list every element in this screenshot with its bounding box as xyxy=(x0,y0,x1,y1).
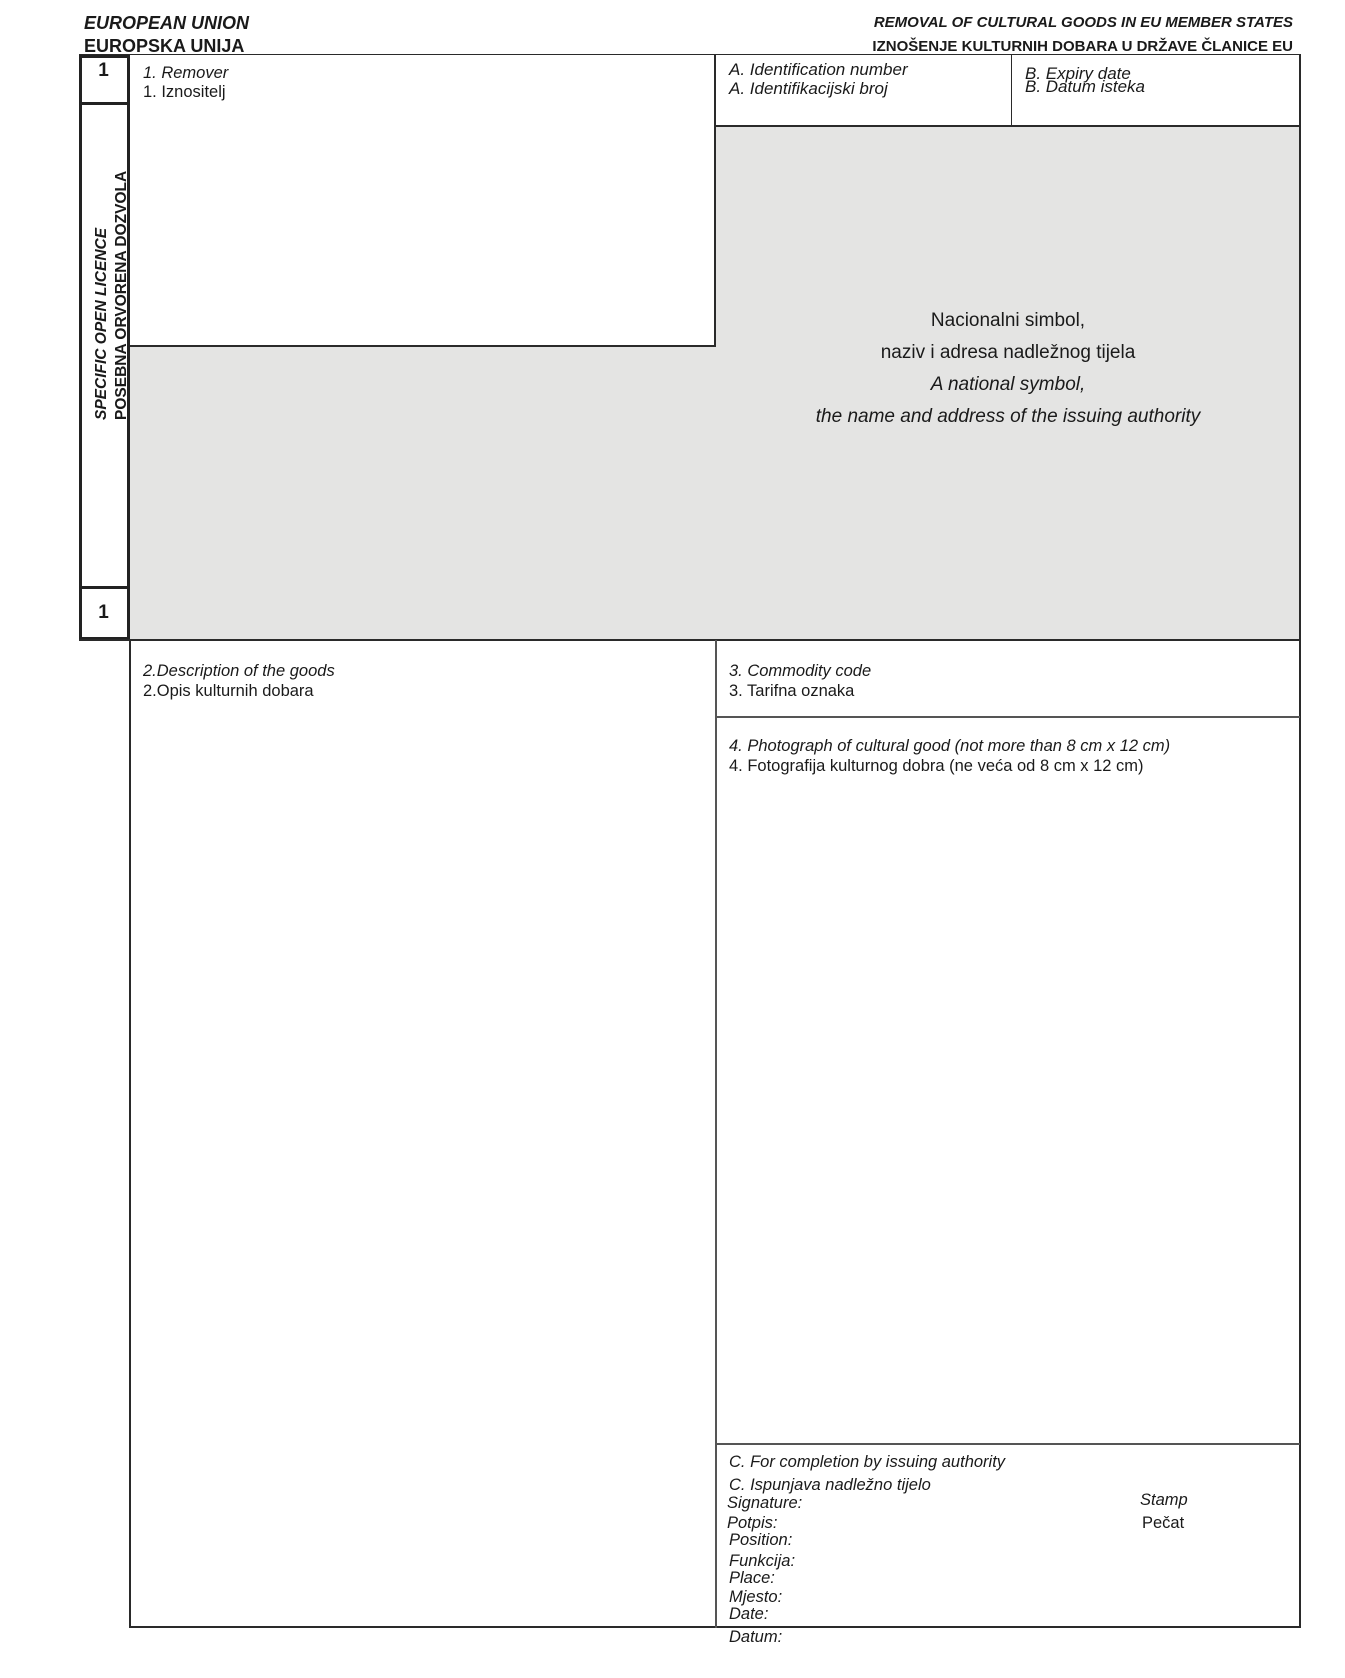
copy-number-top: 1 xyxy=(79,55,128,105)
position-label-en: Position: xyxy=(729,1530,792,1550)
commodity-label-en: 3. Commodity code xyxy=(729,661,871,681)
lower-right-border xyxy=(1299,640,1301,1628)
national-symbol-text: Nacionalni simbol, naziv i adresa nadlež… xyxy=(716,305,1300,433)
symbol-line-3: A national symbol, xyxy=(716,369,1300,401)
photograph-field[interactable]: 4. Photograph of cultural good (not more… xyxy=(717,718,1299,1443)
licence-title-en: SPECIFIC OPEN LICENCE xyxy=(92,171,112,420)
remover-label-hr: 1. Iznositelj xyxy=(143,82,226,102)
authority-label-hr: C. Ispunjava nadležno tijelo xyxy=(729,1475,931,1495)
photograph-label-hr: 4. Fotografija kulturnog dobra (ne veća … xyxy=(729,756,1144,776)
expiry-date-field[interactable]: B. Expiry date B. Datum isteka xyxy=(1012,55,1300,125)
symbol-line-1: Nacionalni simbol, xyxy=(716,305,1300,337)
date-label-en: Date: xyxy=(729,1604,768,1624)
right-border xyxy=(1299,55,1301,641)
commodity-label-hr: 3. Tarifna oznaka xyxy=(729,681,854,701)
commodity-code-field[interactable]: 3. Commodity code 3. Tarifna oznaka xyxy=(717,641,1299,716)
issuing-authority-section: C. For completion by issuing authority C… xyxy=(717,1445,1299,1626)
remover-field[interactable]: 1. Remover 1. Iznositelj xyxy=(129,55,716,347)
place-label-en: Place: xyxy=(729,1568,775,1588)
description-label-hr: 2.Opis kulturnih dobara xyxy=(143,681,314,701)
licence-title: SPECIFIC OPEN LICENCE POSEBNA ORVORENA D… xyxy=(92,171,132,420)
symbol-line-4: the name and address of the issuing auth… xyxy=(716,401,1300,433)
identification-expiry-row: A. Identification number A. Identifikaci… xyxy=(716,55,1300,127)
photograph-label-en: 4. Photograph of cultural good (not more… xyxy=(729,736,1170,756)
copy-number-bottom: 1 xyxy=(79,586,128,640)
form-title-hr: IZNOŠENJE KULTURNIH DOBARA U DRŽAVE ČLAN… xyxy=(872,38,1293,55)
header-eu-en: EUROPEAN UNION xyxy=(84,13,249,34)
description-field[interactable]: 2.Description of the goods 2.Opis kultur… xyxy=(131,641,715,1626)
sidebar-border xyxy=(127,55,130,640)
description-label-en: 2.Description of the goods xyxy=(143,661,335,681)
symbol-line-2: naziv i adresa nadležnog tijela xyxy=(716,337,1300,369)
identification-label-hr: A. Identifikacijski broj xyxy=(729,79,888,99)
remover-label-en: 1. Remover xyxy=(143,63,228,83)
identification-label-en: A. Identification number xyxy=(729,60,908,80)
authority-label-en: C. For completion by issuing authority xyxy=(729,1452,1005,1472)
identification-number-field[interactable]: A. Identification number A. Identifikaci… xyxy=(716,55,1011,125)
form-title-en: REMOVAL OF CULTURAL GOODS IN EU MEMBER S… xyxy=(874,14,1293,31)
signature-label-en: Signature: xyxy=(727,1493,802,1513)
date-label-hr: Datum: xyxy=(729,1627,782,1647)
expiry-label-hr: B. Datum isteka xyxy=(1025,77,1145,97)
stamp-label-hr: Pečat xyxy=(1142,1513,1184,1533)
stamp-label-en: Stamp xyxy=(1140,1490,1188,1510)
